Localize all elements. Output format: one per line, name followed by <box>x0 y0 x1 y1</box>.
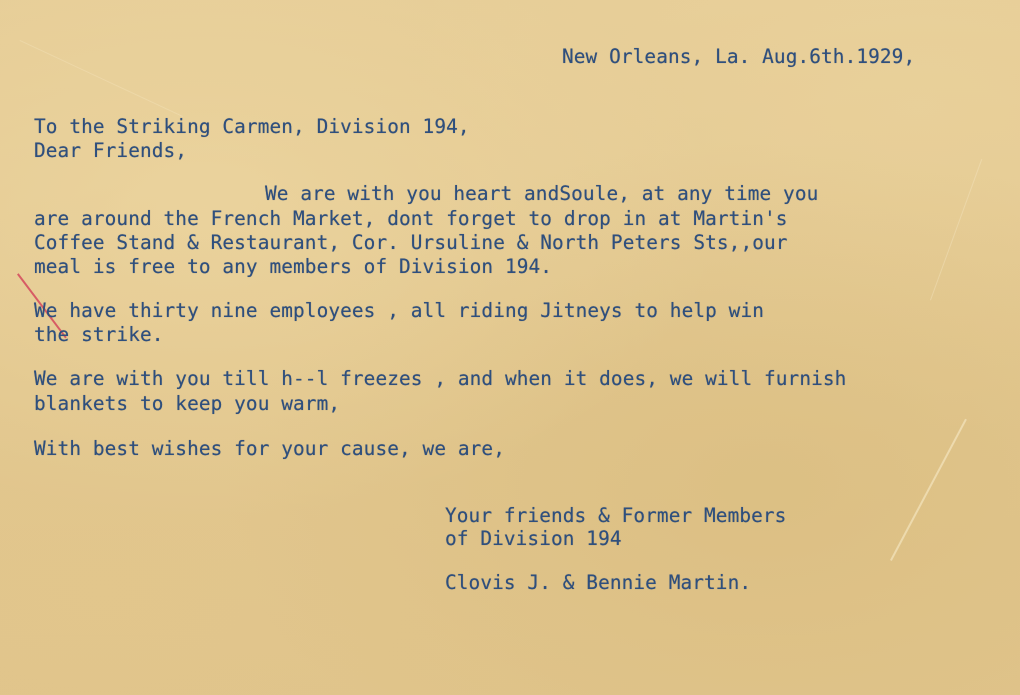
signature: Clovis J. & Bennie Martin. <box>445 572 751 594</box>
body-line: blankets to keep you warm, <box>34 393 340 415</box>
body-line: With best wishes for your cause, we are, <box>34 438 505 460</box>
dateline: New Orleans, La. Aug.6th.1929, <box>562 46 915 68</box>
body-line: Coffee Stand & Restaurant, Cor. Ursuline… <box>34 232 788 254</box>
body-line: We have thirty nine employees , all ridi… <box>34 300 764 322</box>
closing-line: of Division 194 <box>445 528 622 550</box>
salutation: Dear Friends, <box>34 140 187 162</box>
addressee-line: To the Striking Carmen, Division 194, <box>34 116 470 138</box>
body-line: We are with you till h--l freezes , and … <box>34 368 846 390</box>
body-line: meal is free to any members of Division … <box>34 256 552 278</box>
body-line: are around the French Market, dont forge… <box>34 208 788 230</box>
closing-line: Your friends & Former Members <box>445 505 786 527</box>
body-line: the strike. <box>34 324 164 346</box>
body-line: We are with you heart andSoule, at any t… <box>265 183 818 205</box>
